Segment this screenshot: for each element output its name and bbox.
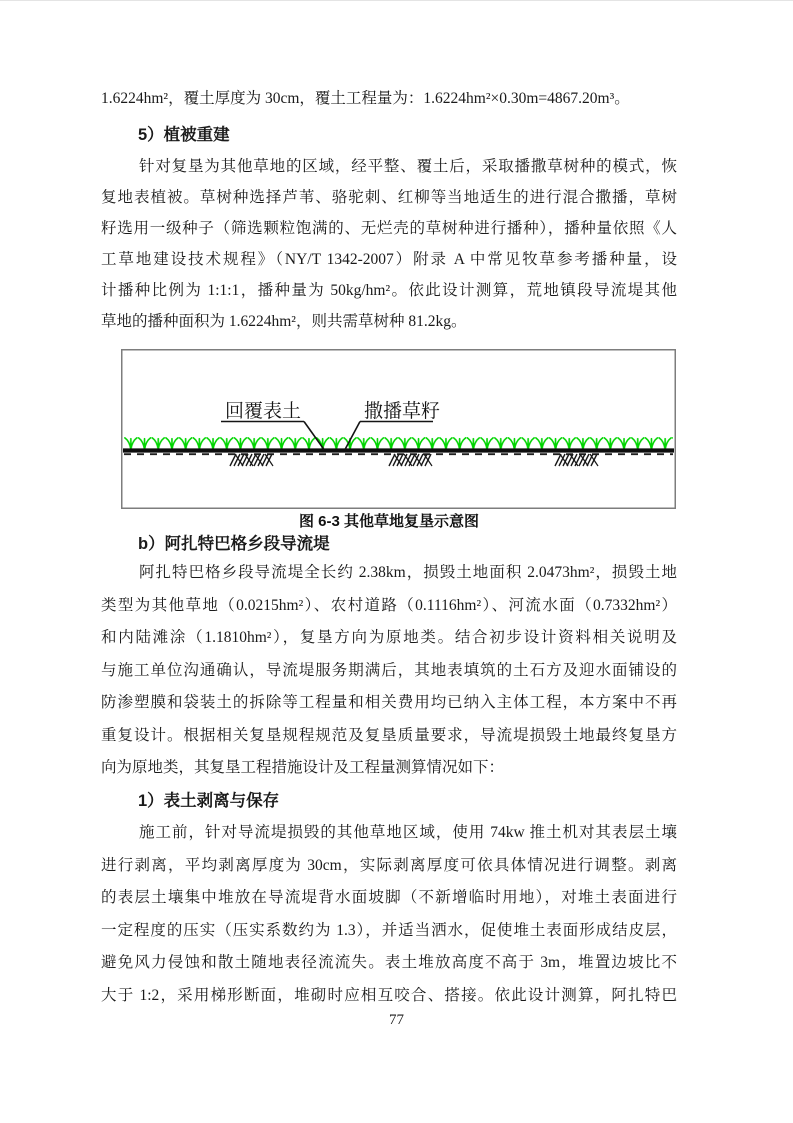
body-text-line: 的表层土壤集中堆放在导流堤背水面坡脚（不新增临时用地），对堆土表面进行 xyxy=(101,882,677,915)
figure-frame xyxy=(122,350,676,509)
body-text-line: 针对复垦为其他草地的区域，经平整、覆土后，采取播撒草树种的模式，恢 xyxy=(101,151,677,182)
body-text-line: 防渗塑膜和袋装土的拆除等工程量和相关费用均已纳入主体工程，本方案中不再 xyxy=(101,687,677,720)
text-block: 1.6224hm²，覆土厚度为 30cm，覆土工程量为：1.6224hm²×0.… xyxy=(101,1,677,1012)
heading-azatbag-dike: b）阿扎特巴格乡段导流堤 xyxy=(101,531,677,557)
body-text-line: 与施工单位沟通确认，导流堤服务期满后，其地表填筑的土石方及迎水面铺设的 xyxy=(101,655,677,688)
body-text-line: 进行剥离，平均剥离厚度为 30cm，实际剥离厚度可依具体情况进行调整。剥离 xyxy=(101,850,677,883)
paragraph-vegetation: 针对复垦为其他草地的区域，经平整、覆土后，采取播撒草树种的模式，恢 复地表植被。… xyxy=(101,151,677,337)
reclamation-diagram: 回覆表土 撒播草籽 xyxy=(121,349,676,509)
paragraph-topsoil-stripping: 施工前，针对导流堤损毁的其他草地区域，使用 74kw 推土机对其表层土壤 进行剥… xyxy=(101,817,677,1012)
body-text-line: 大于 1:2，采用梯形断面，堆砌时应相互咬合、搭接。依此设计测算，阿扎特巴 xyxy=(101,980,677,1013)
body-text-line: 重复设计。根据相关复垦规程规范及复垦质量要求，导流堤损毁土地最终复垦方 xyxy=(101,720,677,753)
body-text-line: 类型为其他草地（0.0215hm²）、农村道路（0.1116hm²）、河流水面（… xyxy=(101,590,677,623)
body-text-line: 避免风力侵蚀和散土随地表径流流失。表土堆放高度不高于 3m，堆置边坡比不 xyxy=(101,947,677,980)
figure-6-3: 回覆表土 撒播草籽 xyxy=(121,349,676,509)
body-text-line: 计播种比例为 1:1:1，播种量为 50kg/hm²。依此设计测算，荒地镇段导流… xyxy=(101,275,677,306)
heading-vegetation-rebuild: 5）植被重建 xyxy=(101,120,677,151)
figure-label-topsoil: 回覆表土 xyxy=(225,400,301,422)
page-number: 77 xyxy=(0,1010,793,1030)
body-text-line: 1.6224hm²，覆土厚度为 30cm，覆土工程量为：1.6224hm²×0.… xyxy=(101,83,677,114)
figure-caption: 图 6-3 其他草地复垦示意图 xyxy=(101,512,677,531)
body-text-line: 一定程度的压实（压实系数约为 1.3），并适当洒水，促使堆土表面形成结皮层， xyxy=(101,915,677,948)
grass-row xyxy=(124,437,673,451)
heading-topsoil-stripping: 1）表土剥离与保存 xyxy=(101,785,677,818)
document-page: 1.6224hm²，覆土厚度为 30cm，覆土工程量为：1.6224hm²×0.… xyxy=(0,0,793,1123)
body-text-line: 和内陆滩涂（1.1810hm²），复垦方向为原地类。结合初步设计资料相关说明及 xyxy=(101,622,677,655)
body-text-line: 草地的播种面积为 1.6224hm²，则共需草树种 81.2kg。 xyxy=(101,306,677,337)
paragraph-dike-overview: 阿扎特巴格乡段导流堤全长约 2.38km，损毁土地面积 2.0473hm²，损毁… xyxy=(101,557,677,785)
body-text-line: 籽选用一级种子（筛选颗粒饱满的、无烂壳的草树种进行播种），播种量依照《人 xyxy=(101,213,677,244)
body-text-line: 施工前，针对导流堤损毁的其他草地区域，使用 74kw 推土机对其表层土壤 xyxy=(101,817,677,850)
body-text-line: 阿扎特巴格乡段导流堤全长约 2.38km，损毁土地面积 2.0473hm²，损毁… xyxy=(101,557,677,590)
body-text-line: 向为原地类，其复垦工程措施设计及工程量测算情况如下： xyxy=(101,752,677,785)
body-text-line: 工草地建设技术规程》（NY/T 1342-2007）附录 A 中常见牧草参考播种… xyxy=(101,244,677,275)
figure-label-seed: 撒播草籽 xyxy=(364,400,440,422)
body-text-line: 复地表植被。草树种选择芦苇、骆驼刺、红柳等当地适生的进行混合撒播，草树 xyxy=(101,182,677,213)
